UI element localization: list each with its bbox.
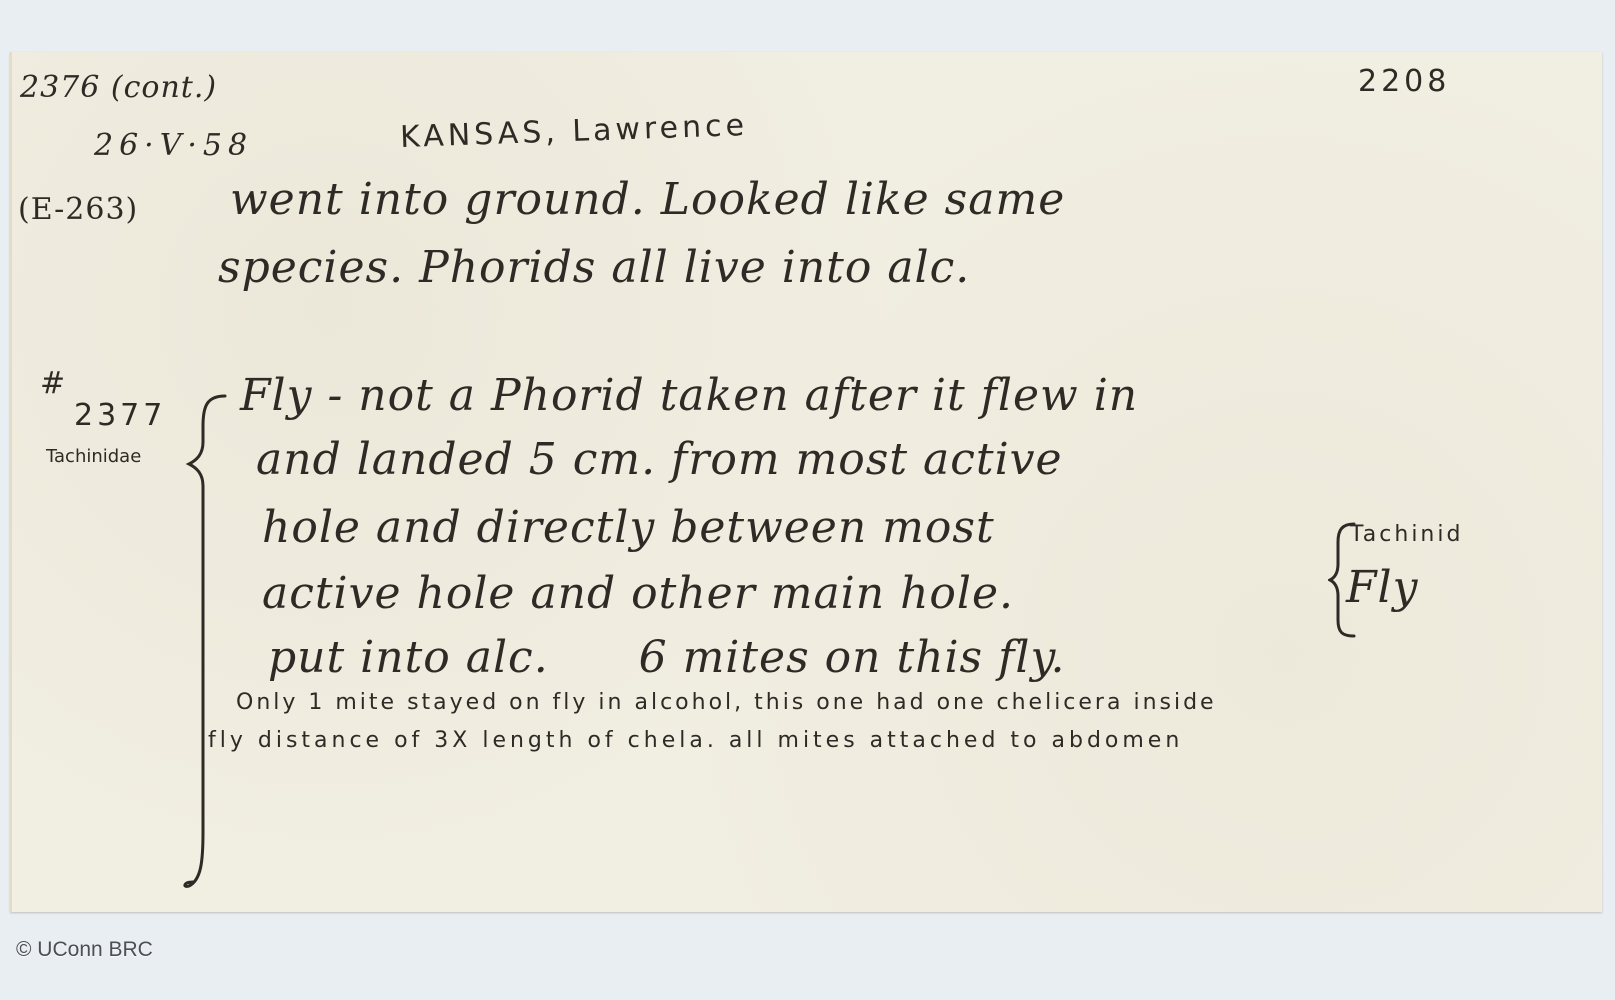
printed-note: Only 1 mite stayed on fly in alcohol, th… — [236, 690, 1217, 715]
continuation-ref: 2376 (cont.) — [20, 70, 217, 105]
entry-ref-code: (E-263) — [18, 192, 138, 227]
left-brace-icon — [167, 392, 237, 892]
collection-date: 26·V·58 — [94, 128, 253, 163]
entry-2376-line: species. Phorids all live into alc. — [218, 242, 970, 293]
entry-number: 2377 — [74, 398, 166, 433]
entry-2377-line: Fly - not a Phorid taken after it flew i… — [240, 370, 1138, 421]
family-label: Tachinidae — [46, 446, 141, 467]
hash-mark: # — [40, 366, 65, 401]
margin-note-line1: Tachinid — [1350, 522, 1463, 547]
entry-2377-line: put into alc. 6 mites on this fly. — [268, 632, 1065, 683]
card-number: 2208 — [1358, 64, 1450, 99]
copyright-notice: © UConn BRC — [16, 938, 153, 962]
printed-note: fly distance of 3X length of chela. all … — [208, 728, 1183, 753]
entry-2377-line: hole and directly between most — [262, 502, 995, 553]
entry-2377-line: active hole and other main hole. — [262, 568, 1014, 619]
entry-2376-line: went into ground. Looked like same — [230, 174, 1065, 225]
index-card: 2376 (cont.) 2208 26·V·58 KANSAS, Lawren… — [10, 52, 1602, 912]
margin-note-line2: Fly — [1346, 562, 1418, 613]
entry-2377-line: and landed 5 cm. from most active — [256, 434, 1063, 485]
collection-location: KANSAS, Lawrence — [399, 108, 748, 155]
